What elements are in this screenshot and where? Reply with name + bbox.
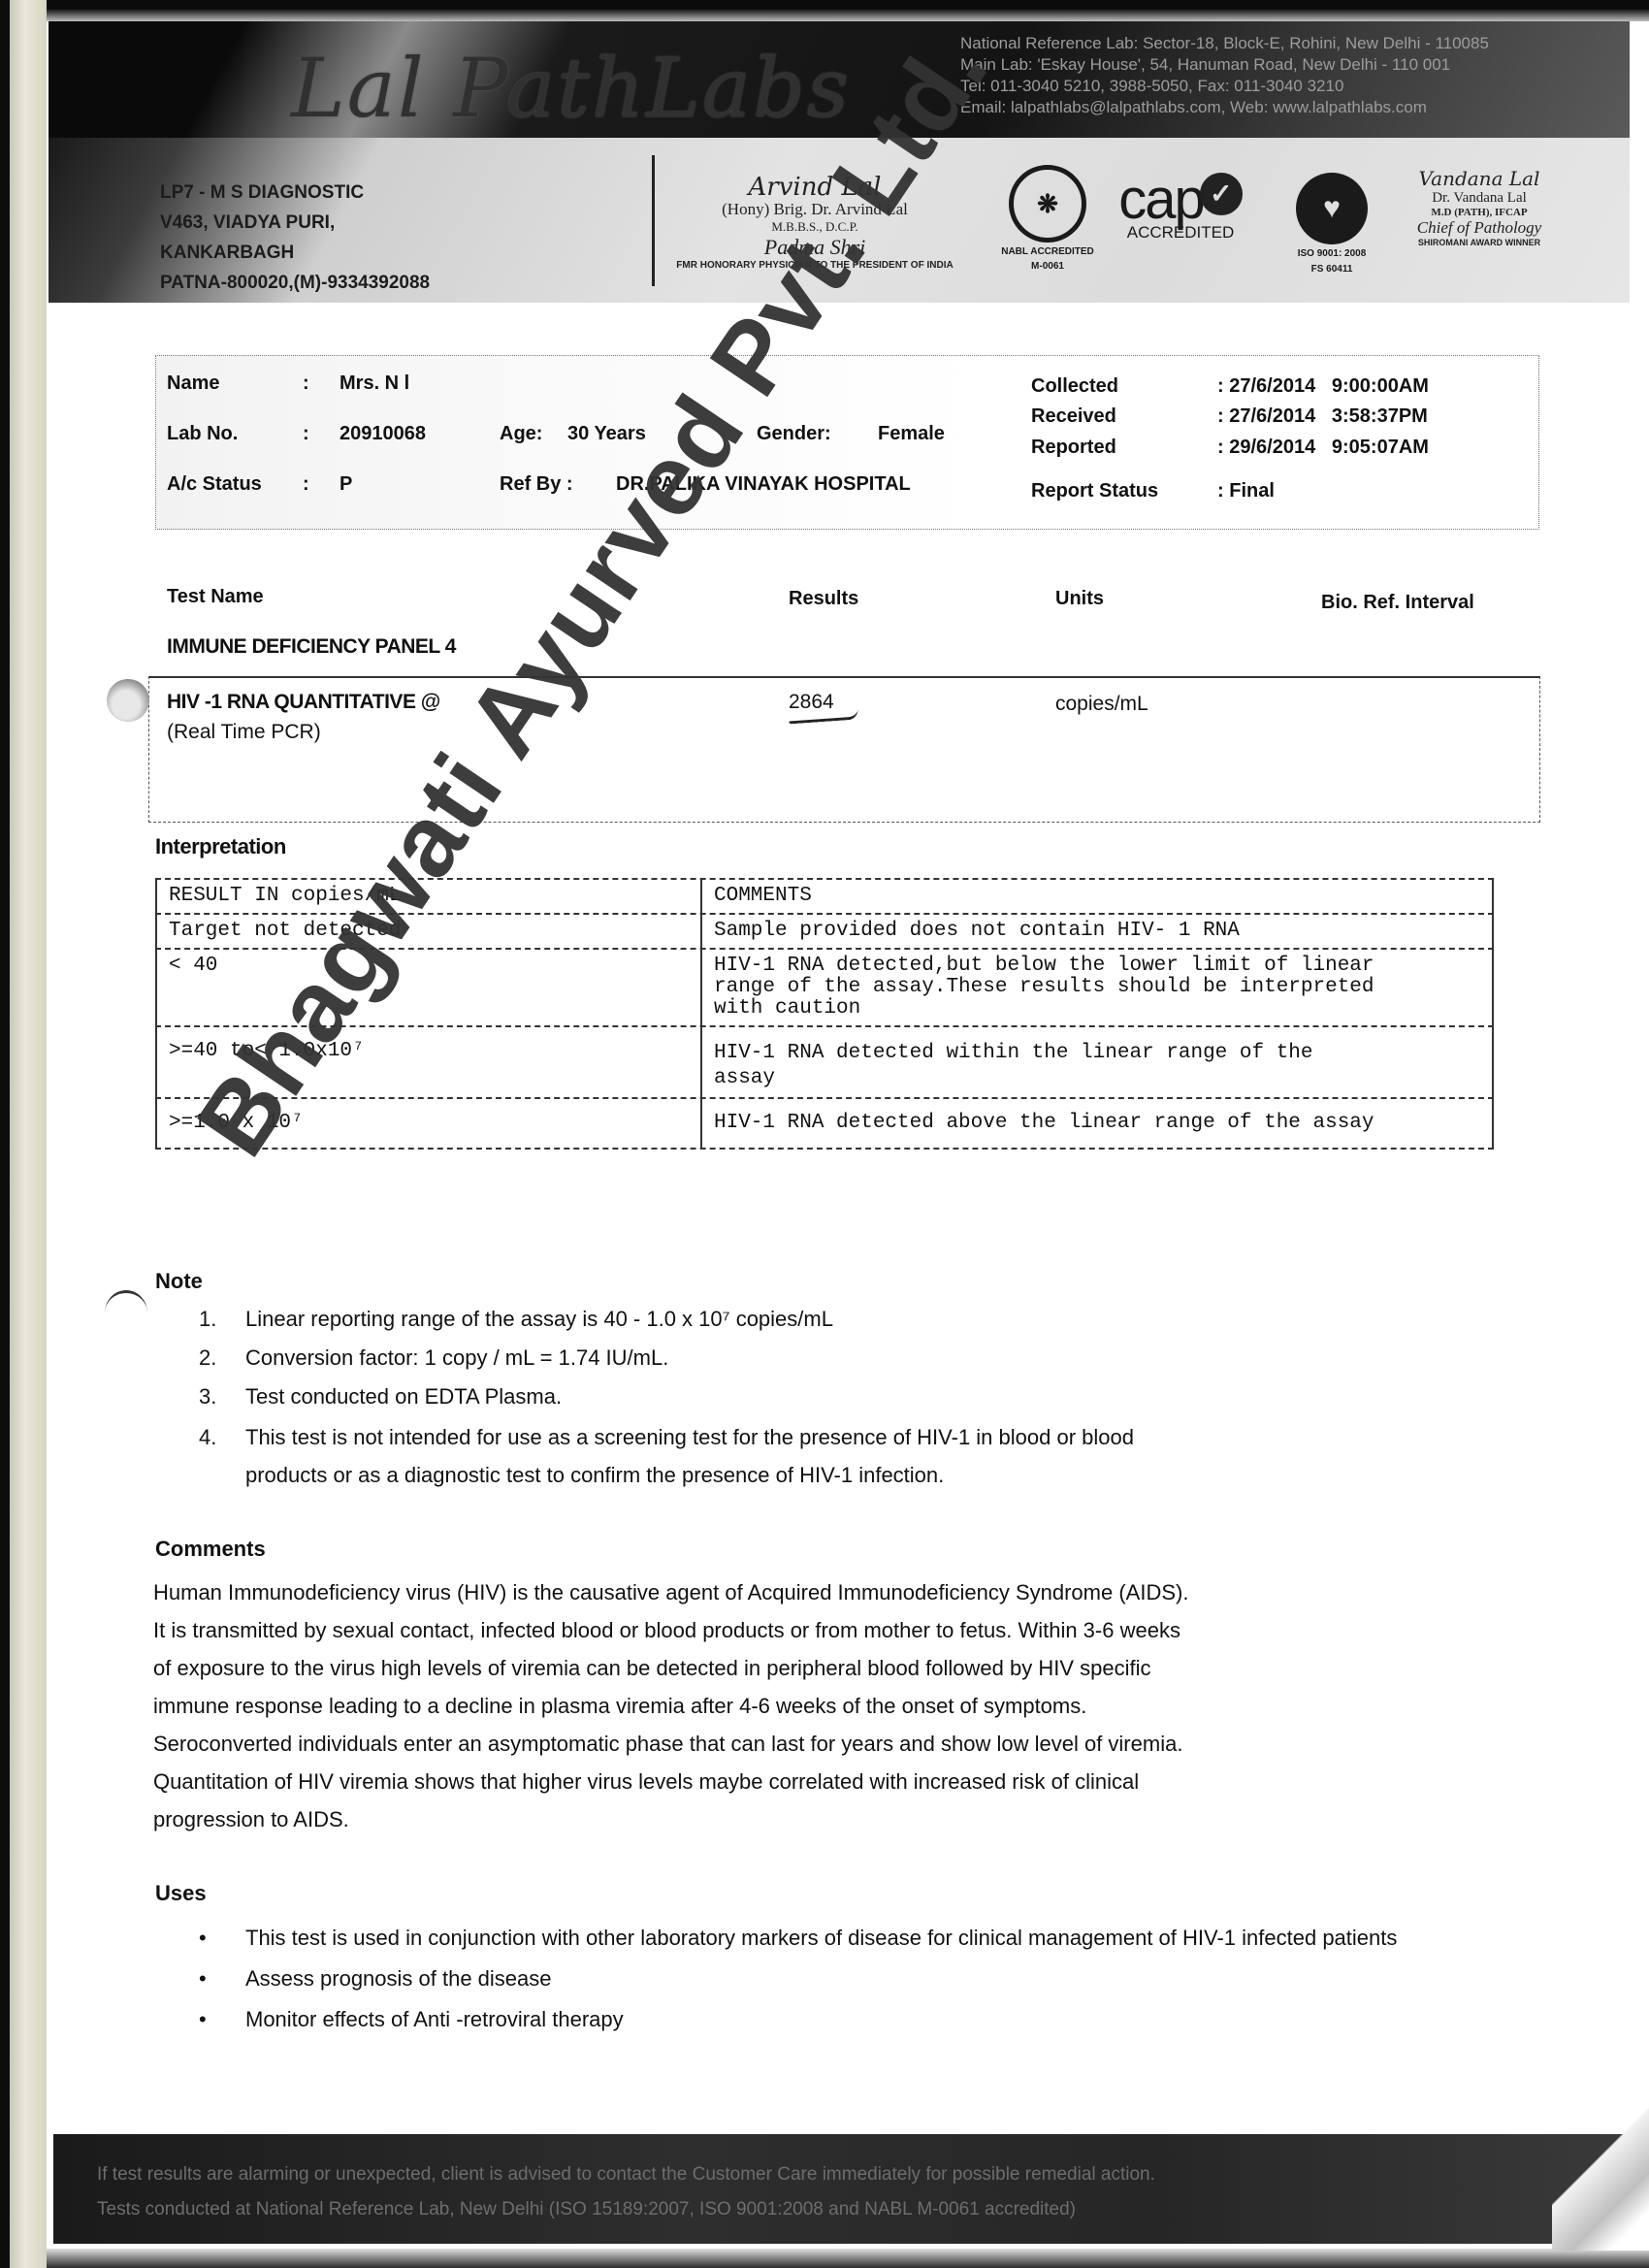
chief-award: SHIROMANI AWARD WINNER	[1397, 238, 1562, 247]
note-text: Linear reporting range of the assay is 4…	[245, 1307, 833, 1331]
header-comments: COMMENTS	[700, 880, 1494, 913]
colon: :	[303, 423, 309, 445]
cc-line: LP7 - M S DIAGNOSTIC	[160, 178, 430, 208]
comments-line: Seroconverted individuals enter an asymp…	[153, 1725, 1443, 1763]
reference-lab-address: National Reference Lab: Sector-18, Block…	[960, 33, 1620, 118]
footer-line: Tests conducted at National Reference La…	[97, 2192, 1552, 2227]
table-rule	[155, 1148, 1494, 1150]
ac-status-label: A/c Status	[167, 473, 262, 496]
chief-signature: Vandana Lal	[1397, 167, 1562, 190]
name-label: Name	[167, 373, 219, 395]
address-line: National Reference Lab: Sector-18, Block…	[960, 33, 1620, 54]
iso-label: ISO 9001: 2008	[1278, 248, 1385, 260]
note-title: Note	[155, 1269, 203, 1294]
chief-role: Chief of Pathology	[1397, 218, 1562, 238]
received-value: : 27/6/2014 3:58:37PM	[1217, 405, 1428, 428]
comments-line: of exposure to the virus high levels of …	[153, 1649, 1443, 1687]
comment-cell: HIV-1 RNA detected above the linear rang…	[700, 1099, 1494, 1148]
gender-value: Female	[878, 423, 945, 445]
lab-logo: Lal PathLabs	[291, 41, 851, 136]
ac-status-value: P	[339, 473, 352, 496]
comments-title: Comments	[155, 1537, 266, 1562]
collection-centre-address: LP7 - M S DIAGNOSTIC V463, VIADYA PURI, …	[160, 178, 430, 298]
age-label: Age:	[500, 423, 542, 445]
col-results: Results	[789, 588, 858, 610]
note-item: 2.Conversion factor: 1 copy / mL = 1.74 …	[199, 1345, 668, 1371]
iso-code: FS 60411	[1278, 264, 1385, 275]
comments-paragraph: Human Immunodeficiency virus (HIV) is th…	[153, 1573, 1443, 1838]
report-status: Final	[1229, 480, 1275, 502]
iso-badge: ♥ ISO 9001: 2008 FS 60411	[1278, 173, 1385, 275]
comment-line: assay	[714, 1066, 1480, 1091]
note-item: 3.Test conducted on EDTA Plasma.	[199, 1384, 562, 1409]
bsi-heart-icon: ♥	[1296, 173, 1368, 244]
interpretation-title: Interpretation	[155, 834, 286, 859]
chief-degrees: M.D (PATH), IFCAP	[1397, 207, 1562, 218]
lab-no-label: Lab No.	[167, 423, 238, 445]
test-method: (Real Time PCR)	[167, 721, 321, 744]
panel-title: IMMUNE DEFICIENCY PANEL 4	[167, 635, 456, 659]
cc-line: KANKARBAGH	[160, 238, 430, 268]
col-bio-ref-interval: Bio. Ref. Interval	[1321, 592, 1474, 614]
footer-disclaimer: If test results are alarming or unexpect…	[97, 2157, 1552, 2227]
comment-line: HIV-1 RNA detected,but below the lower l…	[714, 956, 1480, 977]
nabl-code: M-0061	[989, 261, 1106, 272]
uses-item: This test is used in conjunction with ot…	[199, 1919, 1460, 1958]
comments-line: Quantitation of HIV viremia shows that h…	[153, 1763, 1443, 1800]
note-text: This test is not intended for use as a s…	[245, 1425, 1134, 1449]
comment-line: with caution	[714, 998, 1480, 1020]
col-test-name: Test Name	[167, 586, 264, 608]
address-line: Email: lalpathlabs@lalpathlabs.com, Web:…	[960, 97, 1620, 118]
chief-name: Dr. Vandana Lal	[1397, 190, 1562, 207]
cap-check-icon: ✓	[1200, 173, 1243, 215]
note-text: products or as a diagnostic test to conf…	[245, 1463, 944, 1487]
received-datetime: 27/6/2014 3:58:37PM	[1229, 405, 1428, 427]
comment-cell: Sample provided does not contain HIV- 1 …	[700, 915, 1494, 948]
comment-cell: HIV-1 RNA detected,but below the lower l…	[700, 950, 1494, 1025]
report-status-value: : Final	[1217, 480, 1275, 502]
cc-line: PATNA-800020,(M)-9334392088	[160, 268, 430, 298]
range-cell: < 40	[155, 950, 700, 1025]
colon: :	[1217, 480, 1224, 502]
lab-no-value: 20910068	[339, 423, 426, 445]
note-number: 3.	[199, 1384, 245, 1409]
nabl-badge: ❋ NABL ACCREDITED M-0061	[989, 165, 1106, 272]
colon: :	[1217, 437, 1224, 458]
nabl-seal-icon: ❋	[1009, 165, 1086, 243]
address-line: Main Lab: 'Eskay House', 54, Hanuman Roa…	[960, 54, 1620, 76]
note-number: 2.	[199, 1345, 245, 1371]
colon: :	[303, 373, 309, 395]
collected-value: : 27/6/2014 9:00:00AM	[1217, 375, 1429, 398]
test-name: HIV -1 RNA QUANTITATIVE @	[167, 691, 440, 714]
colon: :	[1217, 405, 1224, 427]
reported-datetime: 29/6/2014 9:05:07AM	[1229, 437, 1429, 458]
report-status-label: Report Status	[1031, 480, 1158, 502]
cap-wordmark: cap	[1118, 173, 1204, 227]
ref-by-label: Ref By :	[500, 473, 573, 496]
patient-name: Mrs. N l	[339, 373, 409, 395]
uses-list: This test is used in conjunction with ot…	[199, 1919, 1460, 2041]
note-text: Test conducted on EDTA Plasma.	[245, 1384, 562, 1409]
note-number: 4.	[199, 1425, 245, 1450]
nabl-label: NABL ACCREDITED	[989, 246, 1106, 257]
note-text: Conversion factor: 1 copy / mL = 1.74 IU…	[245, 1345, 668, 1370]
comment-line: Sample provided does not contain HIV- 1 …	[714, 921, 1480, 942]
note-item-continued: products or as a diagnostic test to conf…	[199, 1463, 944, 1488]
scan-edge-left	[0, 0, 10, 2268]
punch-hole	[107, 679, 149, 722]
uses-title: Uses	[155, 1881, 207, 1906]
col-units: Units	[1055, 588, 1104, 610]
header-divider	[652, 155, 655, 286]
footer-line: If test results are alarming or unexpect…	[97, 2157, 1552, 2192]
punch-hole	[105, 1290, 147, 1336]
scan-edge-bottom	[47, 2249, 1649, 2268]
uses-item: Monitor effects of Anti -retroviral ther…	[199, 2000, 1460, 2039]
note-number: 1.	[199, 1307, 245, 1332]
note-item: 1.Linear reporting range of the assay is…	[199, 1307, 833, 1332]
table-row: >=1.0 x 10⁷ HIV-1 RNA detected above the…	[155, 1099, 1494, 1148]
comment-cell: HIV-1 RNA detected within the linear ran…	[700, 1027, 1494, 1097]
address-line: Tel: 011-3040 5210, 3988-5050, Fax: 011-…	[960, 76, 1620, 97]
cap-badge: cap✓ ACCREDITED	[1098, 173, 1263, 243]
collected-datetime: 27/6/2014 9:00:00AM	[1229, 375, 1429, 397]
comment-line: HIV-1 RNA detected above the linear rang…	[714, 1113, 1480, 1134]
colon: :	[303, 473, 309, 496]
reported-value: : 29/6/2014 9:05:07AM	[1217, 437, 1429, 459]
reported-label: Reported	[1031, 437, 1116, 459]
comments-line: progression to AIDS.	[153, 1800, 1443, 1838]
note-item: 4.This test is not intended for use as a…	[199, 1425, 1134, 1450]
chief-pathologist-block: Vandana Lal Dr. Vandana Lal M.D (PATH), …	[1397, 167, 1562, 247]
comments-line: immune response leading to a decline in …	[153, 1687, 1443, 1725]
result-units: copies/mL	[1055, 693, 1148, 716]
collected-label: Collected	[1031, 375, 1118, 398]
scan-edge-top	[47, 0, 1649, 21]
comment-line: HIV-1 RNA detected within the linear ran…	[714, 1041, 1480, 1066]
comments-line: It is transmitted by sexual contact, inf…	[153, 1611, 1443, 1649]
cc-line: V463, VIADYA PURI,	[160, 208, 430, 238]
page-corner-fold	[1552, 2086, 1649, 2251]
scan-edge-strip	[10, 0, 47, 2268]
comment-line: range of the assay.These results should …	[714, 977, 1480, 998]
uses-item: Assess prognosis of the disease	[199, 1960, 1460, 1998]
colon: :	[1217, 375, 1224, 397]
comments-line: Human Immunodeficiency virus (HIV) is th…	[153, 1573, 1443, 1611]
received-label: Received	[1031, 405, 1116, 428]
